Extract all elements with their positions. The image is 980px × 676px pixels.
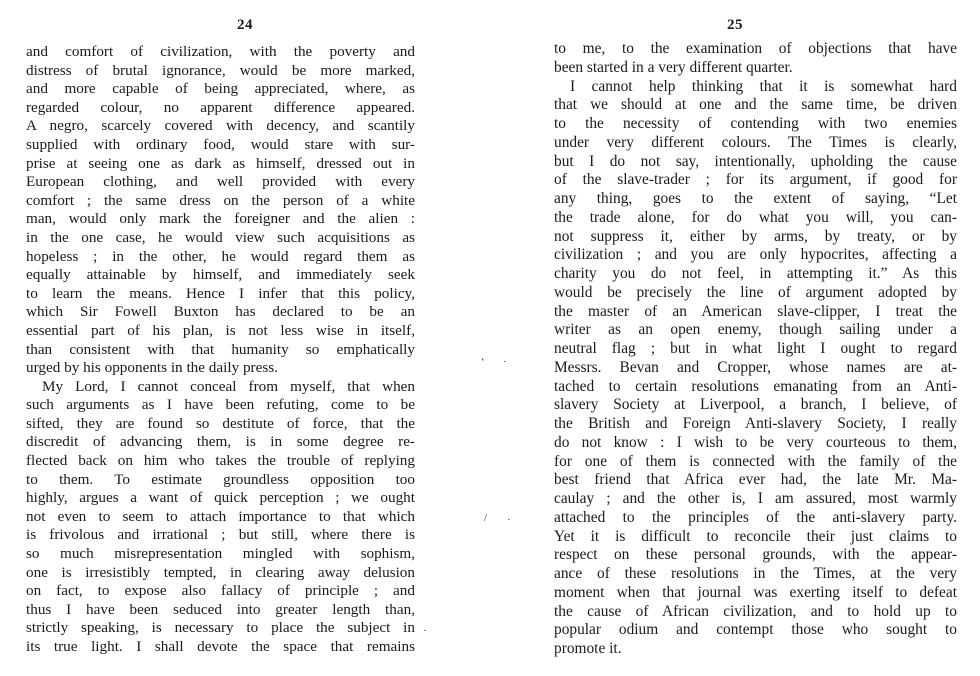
left-page-body: and comfort of civilization, with the po… <box>26 43 415 657</box>
text-line: popular odium and contempt those who sou… <box>554 621 957 640</box>
page-number-left: 24 <box>0 17 490 34</box>
text-line: not suppress it, either by arms, by trea… <box>554 228 957 247</box>
text-line: equally attainable by himself, and immed… <box>26 266 415 285</box>
text-line: European clothing, and well provided wit… <box>26 173 415 192</box>
text-line: respect on these personal grounds, with … <box>554 546 957 565</box>
text-line: slavery Society at Liverpool, a branch, … <box>554 396 957 415</box>
text-line: to the necessity of contending with two … <box>554 115 957 134</box>
text-line: Yet it is difficult to reconcile their j… <box>554 528 957 547</box>
text-line: and comfort of civilization, with the po… <box>26 43 415 62</box>
text-line: neutral flag ; but in what light I ought… <box>554 340 957 359</box>
text-line: been started in a very different quarter… <box>554 59 957 78</box>
text-line: tached to certain resolutions emanating … <box>554 378 957 397</box>
text-line: best friend that Africa ever had, the la… <box>554 471 957 490</box>
text-line: for one of them is connected with the fa… <box>554 453 957 472</box>
text-line: supplied with ordinary food, would stare… <box>26 136 415 155</box>
text-line: distress of brutal ignorance, would be m… <box>26 62 415 81</box>
text-line: under very different colours. The Times … <box>554 134 957 153</box>
text-line: on fact, to expose also fallacy of princ… <box>26 582 415 601</box>
text-line: is frivolous and irrational ; but still,… <box>26 526 415 545</box>
text-line: not even to seem to attach importance to… <box>26 508 415 527</box>
text-line: A negro, scarcely covered with decency, … <box>26 117 415 136</box>
text-line: prise at seeing one as dark as himself, … <box>26 155 415 174</box>
text-line: which Sir Fowell Buxton has declared to … <box>26 303 415 322</box>
text-line: than consistent with that humanity so em… <box>26 341 415 360</box>
text-line: Messrs. Bevan and Cropper, whose names a… <box>554 359 957 378</box>
gutter-speck: / <box>484 512 487 524</box>
text-line: but I do not say, intentionally, upholdi… <box>554 153 957 172</box>
text-line: to me, to the examination of objections … <box>554 40 957 59</box>
text-line: of the slave-trader ; for its argument, … <box>554 171 957 190</box>
text-line: comfort ; the same dress on the person o… <box>26 192 415 211</box>
text-line: the trade alone, for do what you will, y… <box>554 209 957 228</box>
text-line: to them. To estimate groundless oppositi… <box>26 471 415 490</box>
text-line: essential part of his plan, is not less … <box>26 322 415 341</box>
gutter-speck: · <box>503 356 507 368</box>
text-line: one is irresistibly tempted, in clearing… <box>26 564 415 583</box>
text-line: promote it. <box>554 640 957 659</box>
text-line: strictly speaking, is necessary to place… <box>26 619 415 638</box>
text-line: regarded colour, no apparent difference … <box>26 99 415 118</box>
text-line: I cannot help thinking that it is somewh… <box>554 78 957 97</box>
text-line: civilization ; and you are only hypocrit… <box>554 246 957 265</box>
book-spread: 24 and comfort of civilization, with the… <box>0 0 980 676</box>
gutter-speck: · <box>423 625 427 637</box>
text-line: any thing, goes to the extent of saying,… <box>554 190 957 209</box>
text-line: attached to the principles of the anti-s… <box>554 509 957 528</box>
text-line: writer as an open enemy, though sailing … <box>554 321 957 340</box>
text-line: that we should at one and the same time,… <box>554 96 957 115</box>
text-line: thus I have been seduced into greater le… <box>26 601 415 620</box>
text-line: sifted, they are found so destitute of f… <box>26 415 415 434</box>
text-line: in the one case, he would view such acqu… <box>26 229 415 248</box>
text-line: discredit of advancing them, is in some … <box>26 433 415 452</box>
text-line: urged by his opponents in the daily pres… <box>26 359 415 378</box>
text-line: would be precisely the line of argument … <box>554 284 957 303</box>
text-line: to learn the means. Hence I infer that t… <box>26 285 415 304</box>
text-line: the British and Foreign Anti-slavery Soc… <box>554 415 957 434</box>
right-page-body: to me, to the examination of objections … <box>554 40 957 659</box>
text-line: ance of these resolutions in the Times, … <box>554 565 957 584</box>
text-line: such arguments as I have been refuting, … <box>26 396 415 415</box>
text-line: caulay ; and the other is, I am assured,… <box>554 490 957 509</box>
text-line: My Lord, I cannot conceal from myself, t… <box>26 378 415 397</box>
text-line: hopeless ; in the other, he would regard… <box>26 248 415 267</box>
text-line: so much misrepresentation mingled with s… <box>26 545 415 564</box>
text-line: and more capable of being appreciated, w… <box>26 80 415 99</box>
text-line: highly, argues a want of quick perceptio… <box>26 489 415 508</box>
text-line: charity you do not feel, in attempting i… <box>554 265 957 284</box>
text-line: the master of an American slave-clipper,… <box>554 303 957 322</box>
text-line: man, would only mark the foreigner and t… <box>26 210 415 229</box>
page-number-right: 25 <box>490 17 980 34</box>
text-line: its true light. I shall devote the space… <box>26 638 415 657</box>
text-line: moment when that journal was exerting it… <box>554 584 957 603</box>
text-line: the cause of African civilization, and t… <box>554 603 957 622</box>
gutter-speck: ‘ <box>481 356 485 368</box>
text-line: do not know : I wish to be very courteou… <box>554 434 957 453</box>
gutter-speck: · <box>507 514 511 526</box>
text-line: flected back on him who takes the troubl… <box>26 452 415 471</box>
